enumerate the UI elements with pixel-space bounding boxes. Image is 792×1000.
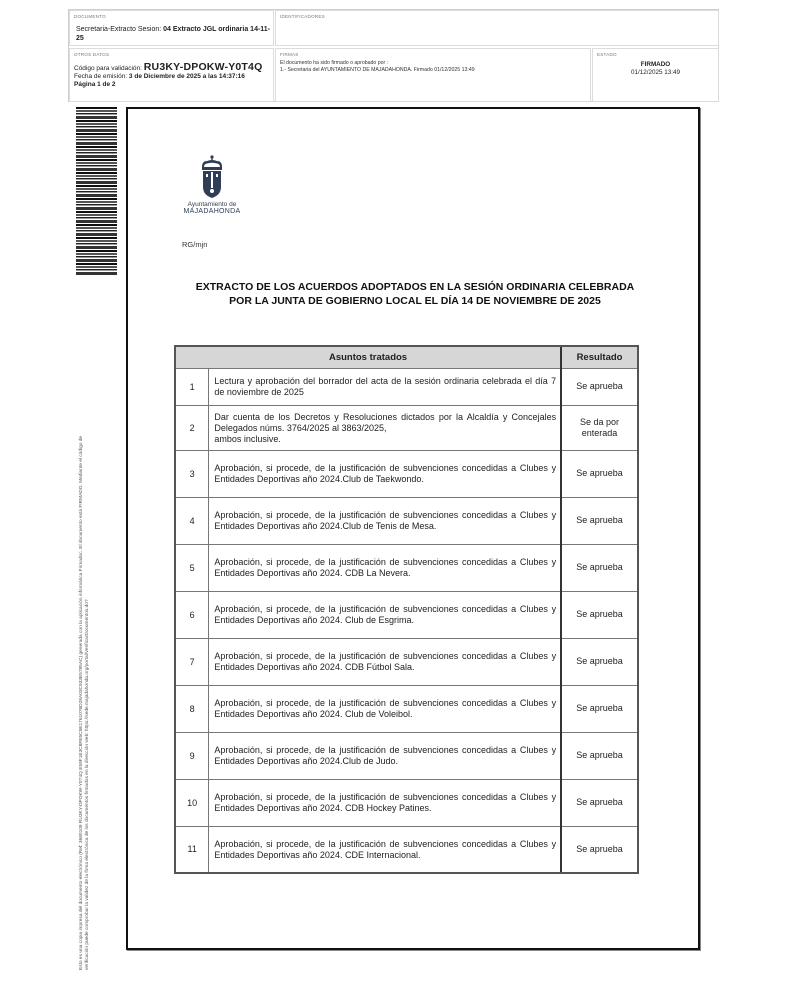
documento-cell: DOCUMENTO Secretaria-Extracto Sesion: 04…	[69, 10, 274, 46]
table-row: 3 Aprobación, si procede, de la justific…	[175, 450, 638, 497]
row-number: 7	[175, 638, 209, 685]
identificadores-cell: IDENTIFICADORES	[275, 10, 719, 46]
row-number: 1	[175, 368, 209, 405]
documento-label: DOCUMENTO	[74, 14, 106, 19]
table-header-row: Asuntos tratados Resultado	[175, 346, 638, 368]
issue-date-line: Fecha de emisión: 3 de Diciembre de 2025…	[74, 73, 262, 81]
table-row: 4 Aprobación, si procede, de la justific…	[175, 497, 638, 544]
document-page: Ayuntamiento de MAJADAHONDA RG/mjn EXTRA…	[126, 107, 700, 950]
row-description: Aprobación, si procede, de la justificac…	[209, 497, 561, 544]
row-number: 4	[175, 497, 209, 544]
document-metadata-header: DOCUMENTO Secretaria-Extracto Sesion: 04…	[68, 9, 719, 102]
row-description: Dar cuenta de los Decretos y Resolucione…	[209, 405, 561, 450]
reference-initials: RG/mjn	[182, 240, 207, 249]
row-number: 2	[175, 405, 209, 450]
status-badge: FIRMADO	[593, 61, 718, 69]
issue-date: 3 de Diciembre de 2025 a las 14:37:16	[129, 73, 245, 80]
row-description: Aprobación, si procede, de la justificac…	[209, 544, 561, 591]
validation-code-line: Código para validación: RU3KY-DPOKW-Y0T4…	[74, 63, 262, 73]
firmas-signer: 1.- Secretaria del AYUNTAMIENTO DE MAJAD…	[280, 67, 475, 74]
table-row: 8 Aprobación, si procede, de la justific…	[175, 685, 638, 732]
logo-line1: Ayuntamiento de	[180, 201, 244, 208]
row-result: Se aprueba	[561, 544, 638, 591]
table-row: 6 Aprobación, si procede, de la justific…	[175, 591, 638, 638]
status-datetime: 01/12/2025 13:49	[593, 69, 718, 77]
row-number: 9	[175, 732, 209, 779]
coat-of-arms-icon	[199, 155, 225, 199]
firmas-cell: FIRMAS El documento ha sido firmado o ap…	[275, 48, 591, 102]
row-result: Se aprueba	[561, 685, 638, 732]
validation-code[interactable]: RU3KY-DPOKW-Y0T4Q	[144, 61, 263, 73]
row-description: Lectura y aprobación del borrador del ac…	[209, 368, 561, 405]
page-title: EXTRACTO DE LOS ACUERDOS ADOPTADOS EN LA…	[178, 280, 652, 308]
row-result: Se aprueba	[561, 638, 638, 685]
row-result: Se aprueba	[561, 368, 638, 405]
estado-cell: ESTADO FIRMADO 01/12/2025 13:49	[592, 48, 719, 102]
identificadores-label: IDENTIFICADORES	[280, 14, 325, 19]
row-description: Aprobación, si procede, de la justificac…	[209, 685, 561, 732]
row-result: Se aprueba	[561, 497, 638, 544]
estado-label: ESTADO	[597, 52, 617, 57]
row-result: Se aprueba	[561, 732, 638, 779]
row-number: 5	[175, 544, 209, 591]
row-result: Se aprueba	[561, 450, 638, 497]
firmas-label: FIRMAS	[280, 52, 299, 57]
otros-datos-cell: OTROS DATOS Código para validación: RU3K…	[69, 48, 274, 102]
row-description: Aprobación, si procede, de la justificac…	[209, 732, 561, 779]
row-description: Aprobación, si procede, de la justificac…	[209, 638, 561, 685]
logo-line2: MAJADAHONDA	[180, 208, 244, 215]
table-row: 5 Aprobación, si procede, de la justific…	[175, 544, 638, 591]
page-indicator: Página 1 de 2	[74, 81, 116, 88]
row-number: 10	[175, 779, 209, 826]
row-description: Aprobación, si procede, de la justificac…	[209, 450, 561, 497]
row-number: 3	[175, 450, 209, 497]
row-result: Se da por enterada	[561, 405, 638, 450]
table-row: 11 Aprobación, si procede, de la justifi…	[175, 826, 638, 873]
header-asuntos: Asuntos tratados	[175, 346, 561, 368]
document-title: Secretaria-Extracto Sesion: 04 Extracto …	[76, 25, 271, 43]
table-row: 2 Dar cuenta de los Decretos y Resolucio…	[175, 405, 638, 450]
row-number: 11	[175, 826, 209, 873]
row-result: Se aprueba	[561, 826, 638, 873]
row-number: 6	[175, 591, 209, 638]
municipality-logo: Ayuntamiento de MAJADAHONDA	[180, 155, 244, 215]
table-row: 10 Aprobación, si procede, de la justifi…	[175, 779, 638, 826]
row-description: Aprobación, si procede, de la justificac…	[209, 591, 561, 638]
row-result: Se aprueba	[561, 591, 638, 638]
row-description: Aprobación, si procede, de la justificac…	[209, 779, 561, 826]
table-row: 7 Aprobación, si procede, de la justific…	[175, 638, 638, 685]
header-resultado: Resultado	[561, 346, 638, 368]
row-result: Se aprueba	[561, 779, 638, 826]
verification-side-note: Esto es una copia impresa del documento …	[79, 300, 91, 970]
barcode-icon	[76, 107, 117, 276]
agenda-table: Asuntos tratados Resultado 1 Lectura y a…	[174, 345, 639, 874]
table-row: 1 Lectura y aprobación del borrador del …	[175, 368, 638, 405]
row-number: 8	[175, 685, 209, 732]
table-row: 9 Aprobación, si procede, de la justific…	[175, 732, 638, 779]
otros-datos-label: OTROS DATOS	[74, 52, 109, 57]
row-description: Aprobación, si procede, de la justificac…	[209, 826, 561, 873]
